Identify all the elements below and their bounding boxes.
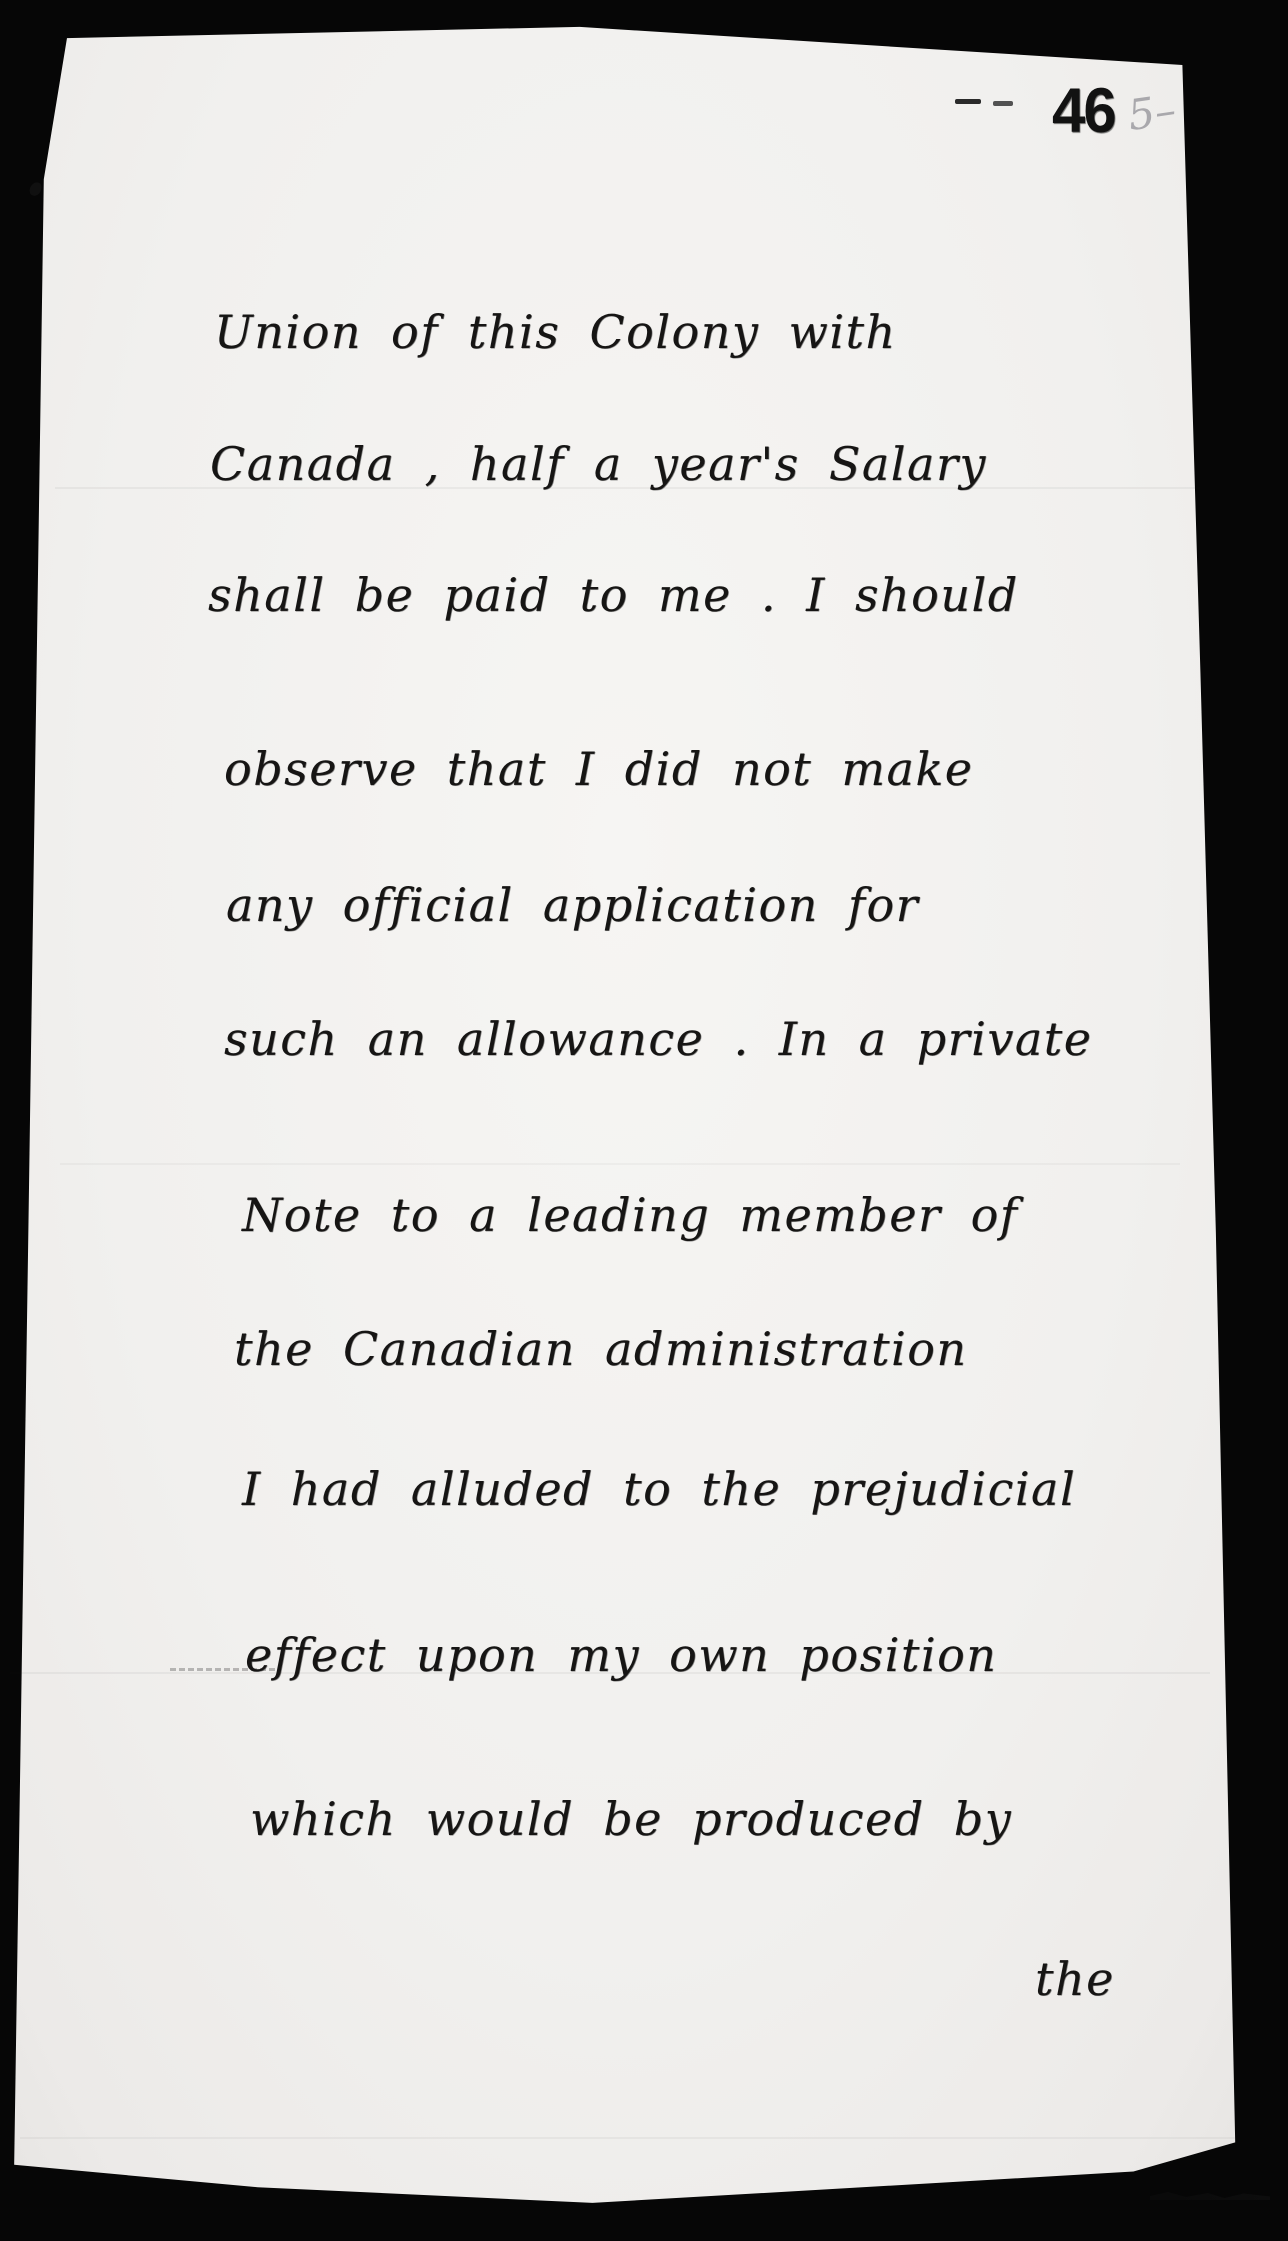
handwritten-line: Union of this Colony with: [214, 305, 897, 359]
page-number-stamp: 46: [1052, 74, 1115, 146]
handwritten-line: which would be produced by: [250, 1792, 1012, 1846]
handwritten-line: any official application for: [226, 878, 919, 932]
handwritten-line: shall be paid to me . I should: [208, 568, 1019, 622]
handwritten-line: Note to a leading member of: [242, 1188, 1018, 1242]
handwritten-line: such an allowance . In a private: [224, 1012, 1092, 1066]
handwritten-line: observe that I did not make: [224, 742, 974, 796]
edit-dash-mark: [993, 101, 1013, 106]
scanned-document-canvas: 46 5– Union of this Colony with Canada ,…: [0, 0, 1288, 2241]
edit-dash-mark: [955, 99, 981, 104]
handwritten-line: the Canadian administration: [234, 1322, 968, 1376]
handwritten-line: effect upon my own position: [245, 1628, 997, 1682]
ink-blot: [28, 181, 43, 198]
pencil-annotation: 5–: [1125, 85, 1179, 140]
catchword: the: [1035, 1952, 1115, 2006]
handwritten-line: I had alluded to the prejudicial: [242, 1462, 1076, 1516]
page-edge-wear: [1150, 2190, 1270, 2200]
fold-crease: [60, 1163, 1180, 1165]
handwritten-line: Canada , half a year's Salary: [210, 437, 987, 491]
fold-crease: [20, 2137, 1235, 2139]
